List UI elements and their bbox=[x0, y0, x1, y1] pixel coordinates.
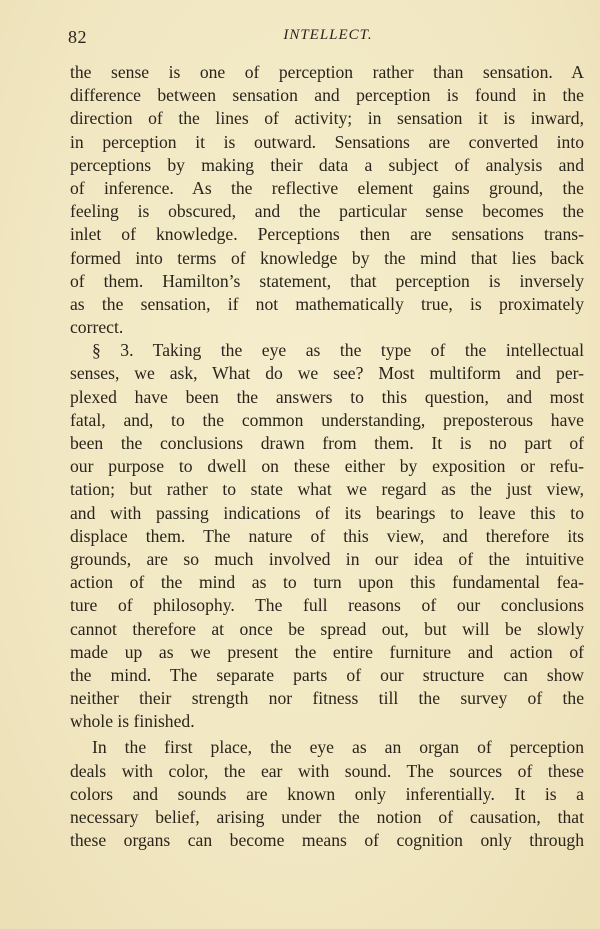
text-line: necessary belief, arising under the noti… bbox=[70, 806, 584, 829]
text-line: action of the mind as to turn upon this … bbox=[70, 571, 584, 594]
text-line: correct. bbox=[70, 316, 584, 339]
text-line: formed into terms of knowledge by the mi… bbox=[70, 247, 584, 270]
text-line: inlet of knowledge. Perceptions then are… bbox=[70, 223, 584, 246]
text-line: these organs can become means of cogniti… bbox=[70, 829, 584, 852]
paragraph-2-section-3: § 3. Taking the eye as the type of the i… bbox=[70, 339, 584, 733]
text-line: senses, we ask, What do we see? Most mul… bbox=[70, 362, 584, 385]
text-line: deals with color, the ear with sound. Th… bbox=[70, 760, 584, 783]
text-line: perceptions by making their data a subje… bbox=[70, 154, 584, 177]
page-header: 82 INTELLECT. bbox=[68, 27, 576, 49]
text-line: displace them. The nature of this view, … bbox=[70, 525, 584, 548]
paragraph-1: the sense is one of perception rather th… bbox=[70, 61, 584, 339]
text-line: difference between sensation and percept… bbox=[70, 84, 584, 107]
text-line: in perception it is outward. Sensations … bbox=[70, 131, 584, 154]
text-line: been the conclusions drawn from them. It… bbox=[70, 432, 584, 455]
text-line: plexed have been the answers to this que… bbox=[70, 386, 584, 409]
text-line: and with passing indications of its bear… bbox=[70, 502, 584, 525]
text-line: feeling is obscured, and the particular … bbox=[70, 200, 584, 223]
text-line: our purpose to dwell on these either by … bbox=[70, 455, 584, 478]
text-line: neither their strength nor fitness till … bbox=[70, 687, 584, 710]
text-line: made up as we present the entire furnitu… bbox=[70, 641, 584, 664]
section-heading-line: § 3. Taking the eye as the type of the i… bbox=[70, 339, 584, 362]
text-line: cannot therefore at once be spread out, … bbox=[70, 618, 584, 641]
text-line: whole is finished. bbox=[70, 710, 584, 733]
text-line: the sense is one of perception rather th… bbox=[70, 61, 584, 84]
text-line: colors and sounds are known only inferen… bbox=[70, 783, 584, 806]
text-line: fatal, and, to the common understanding,… bbox=[70, 409, 584, 432]
text-line: as the sensation, if not mathematically … bbox=[70, 293, 584, 316]
text-line: tation; but rather to state what we rega… bbox=[70, 478, 584, 501]
text-line: grounds, are so much involved in our ide… bbox=[70, 548, 584, 571]
paragraph-3: In the first place, the eye as an organ … bbox=[70, 736, 584, 852]
running-title: INTELLECT. bbox=[68, 27, 576, 44]
book-page: 82 INTELLECT. the sense is one of percep… bbox=[0, 0, 600, 929]
text-line: ture of philosophy. The full reasons of … bbox=[70, 594, 584, 617]
body-text: the sense is one of perception rather th… bbox=[70, 61, 584, 852]
text-line: of inference. As the reflective element … bbox=[70, 177, 584, 200]
text-line: of them. Hamilton’s statement, that perc… bbox=[70, 270, 584, 293]
text-line: the mind. The separate parts of our stru… bbox=[70, 664, 584, 687]
text-line: In the first place, the eye as an organ … bbox=[70, 736, 584, 759]
text-line: direction of the lines of activity; in s… bbox=[70, 107, 584, 130]
